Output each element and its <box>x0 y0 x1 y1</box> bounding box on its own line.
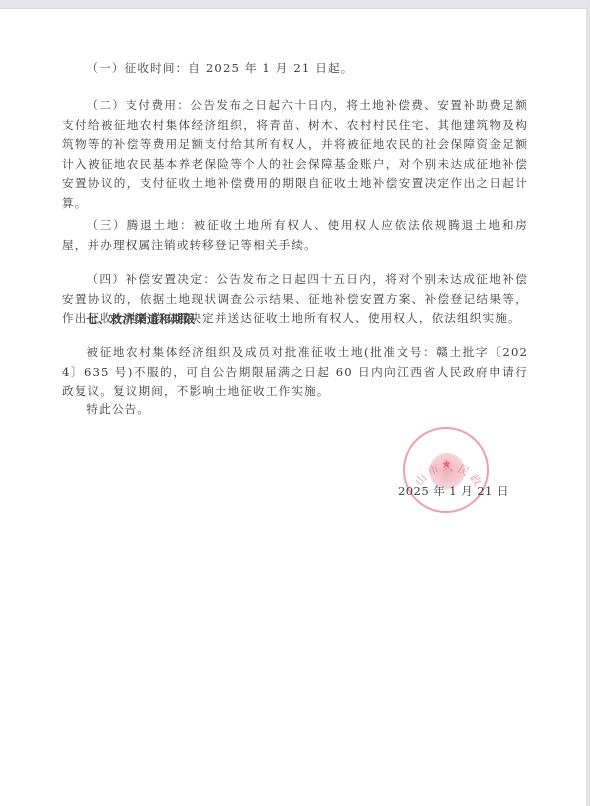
viewer-scrollbar-edge[interactable] <box>586 0 590 806</box>
issue-date: 2025 年 1 月 21 日 <box>398 483 509 499</box>
paragraph-closing: 特此公告。 <box>62 400 528 420</box>
section-heading-remedy: 七、救济渠道和期限 <box>86 311 196 327</box>
seal-text: 山市人民政 <box>405 429 491 515</box>
viewer-top-bar <box>0 0 590 9</box>
paragraph-payment: （二）支付费用：公告发布之日起六十日内，将土地补偿费、安置补助费足额支付给被征地… <box>62 96 528 213</box>
official-seal: ★ 山市人民政 <box>403 427 489 513</box>
document-page: （一）征收时间：自 2025 年 1 月 21 日起。 （二）支付费用：公告发布… <box>0 9 586 806</box>
paragraph-remedy: 被征地农村集体经济组织及成员对批准征收土地(批准文号：赣土批字〔2024〕635… <box>62 343 528 402</box>
paragraph-vacate-land: （三）腾退土地：被征收土地所有权人、使用权人应依法依规腾退土地和房屋，并办理权属… <box>62 216 528 255</box>
paragraph-collection-time: （一）征收时间：自 2025 年 1 月 21 日起。 <box>62 59 528 79</box>
